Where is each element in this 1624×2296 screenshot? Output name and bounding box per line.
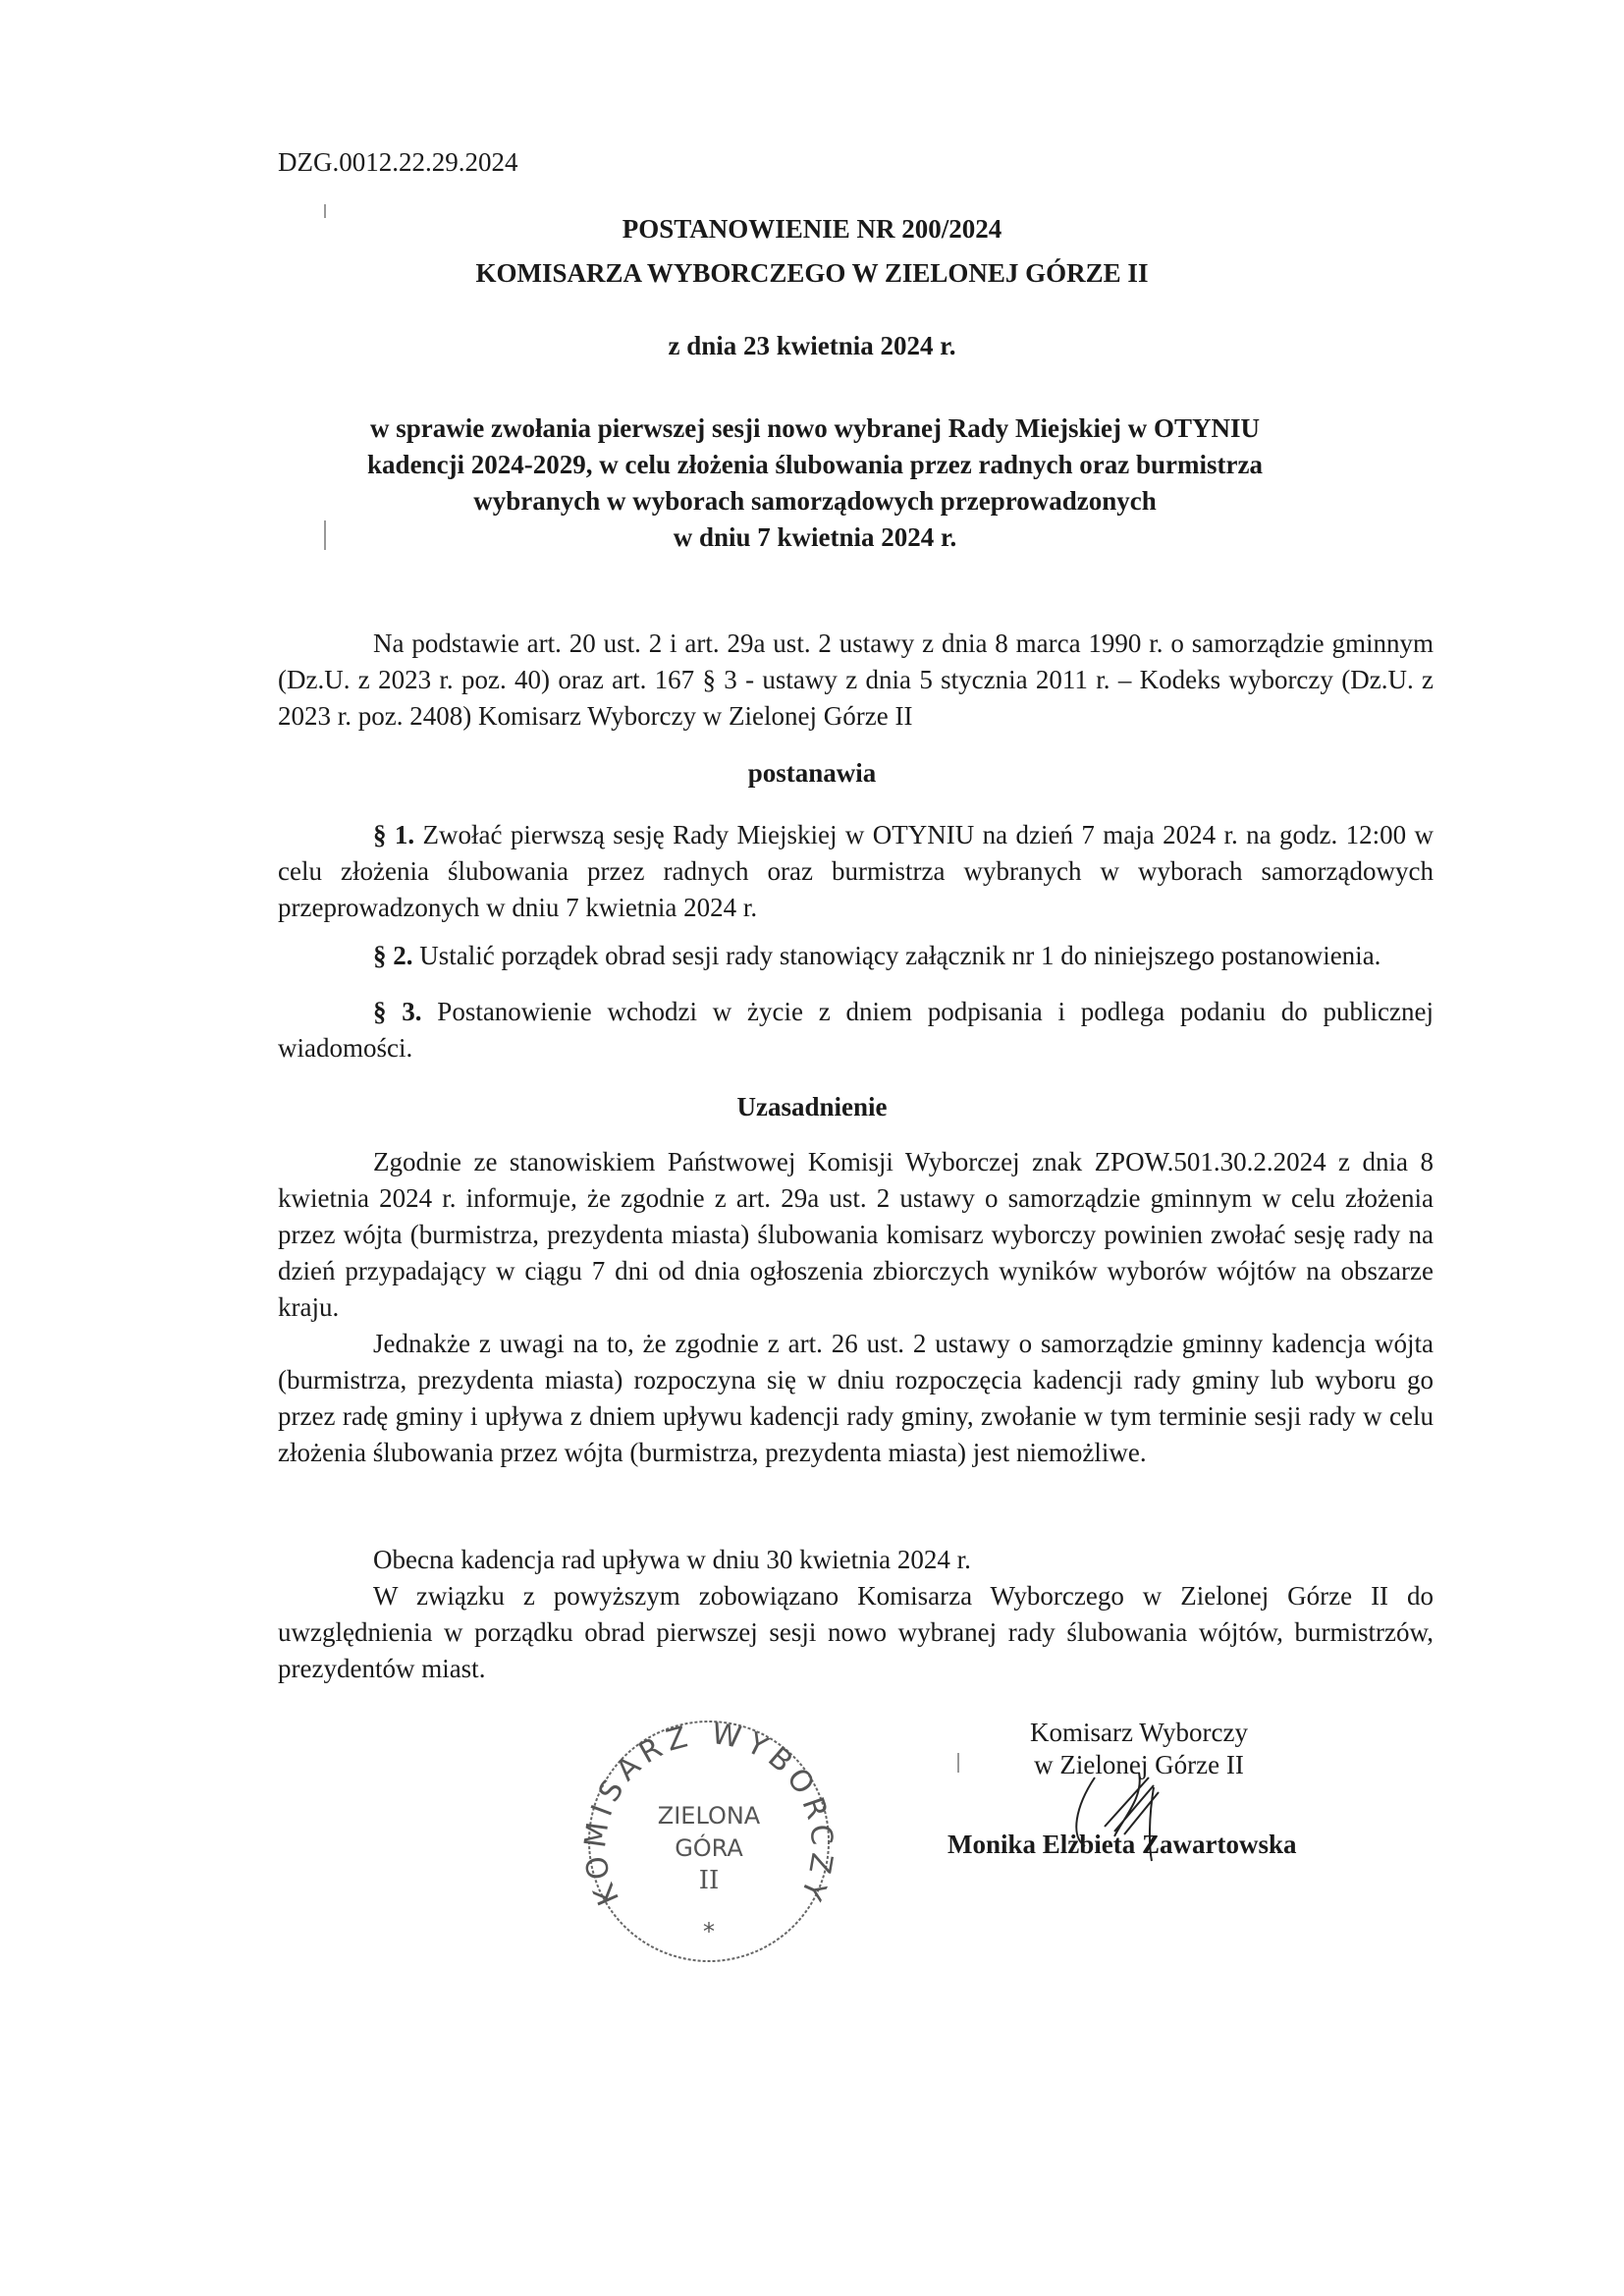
section-text: Postanowienie wchodzi w życie z dniem po…: [278, 997, 1434, 1063]
section-text: Zwołać pierwszą sesję Rady Miejskiej w O…: [278, 820, 1434, 922]
scan-artifact: [324, 204, 326, 218]
justification-paragraph: Jednakże z uwagi na to, że zgodnie z art…: [278, 1326, 1434, 1471]
svg-text:ZIELONA: ZIELONA: [658, 1802, 761, 1830]
signer-name: Monika Elżbieta Zawartowska: [947, 1830, 1297, 1860]
subject-line: wybranych w wyborach samorządowych przep…: [324, 483, 1306, 519]
document-reference: DZG.0012.22.29.2024: [278, 147, 518, 178]
scan-artifact: [324, 520, 326, 550]
justification-paragraph: W związku z powyższym zobowiązano Komisa…: [278, 1578, 1434, 1687]
subject-line: kadencji 2024-2029, w celu złożenia ślub…: [324, 447, 1306, 483]
document-issuer: KOMISARZA WYBORCZEGO W ZIELONEJ GÓRZE II: [0, 258, 1624, 289]
decides-heading: postanawia: [0, 758, 1624, 789]
document-date: z dnia 23 kwietnia 2024 r.: [0, 331, 1624, 361]
justification-paragraph: Zgodnie ze stanowiskiem Państwowej Komis…: [278, 1144, 1434, 1326]
section-number: § 1.: [373, 820, 414, 849]
document-subject: w sprawie zwołania pierwszej sesji nowo …: [324, 410, 1306, 556]
section-number: § 2.: [373, 941, 413, 970]
svg-text:II: II: [699, 1866, 720, 1895]
svg-text:GÓRA: GÓRA: [675, 1832, 743, 1862]
section-text: Ustalić porządek obrad sesji rady stanow…: [413, 941, 1381, 970]
section-1: § 1. Zwołać pierwszą sesję Rady Miejskie…: [278, 817, 1434, 926]
svg-text:*: *: [703, 1918, 715, 1945]
section-3: § 3. Postanowienie wchodzi w życie z dni…: [278, 994, 1434, 1066]
signature-role-line: Komisarz Wyborczy: [943, 1717, 1335, 1749]
document-title: POSTANOWIENIE NR 200/2024: [0, 214, 1624, 245]
official-stamp-icon: KOMISARZ WYBORCZY ZIELONA GÓRA II *: [581, 1714, 837, 1969]
justification-heading: Uzasadnienie: [0, 1092, 1624, 1122]
section-number: § 3.: [373, 997, 422, 1026]
legal-basis: Na podstawie art. 20 ust. 2 i art. 29a u…: [278, 626, 1434, 735]
subject-line: w dniu 7 kwietnia 2024 r.: [324, 519, 1306, 556]
section-2: § 2. Ustalić porządek obrad sesji rady s…: [278, 938, 1434, 974]
scan-artifact: [957, 1753, 959, 1773]
justification-paragraph: Obecna kadencja rad upływa w dniu 30 kwi…: [278, 1542, 1434, 1578]
subject-line: w sprawie zwołania pierwszej sesji nowo …: [324, 410, 1306, 447]
